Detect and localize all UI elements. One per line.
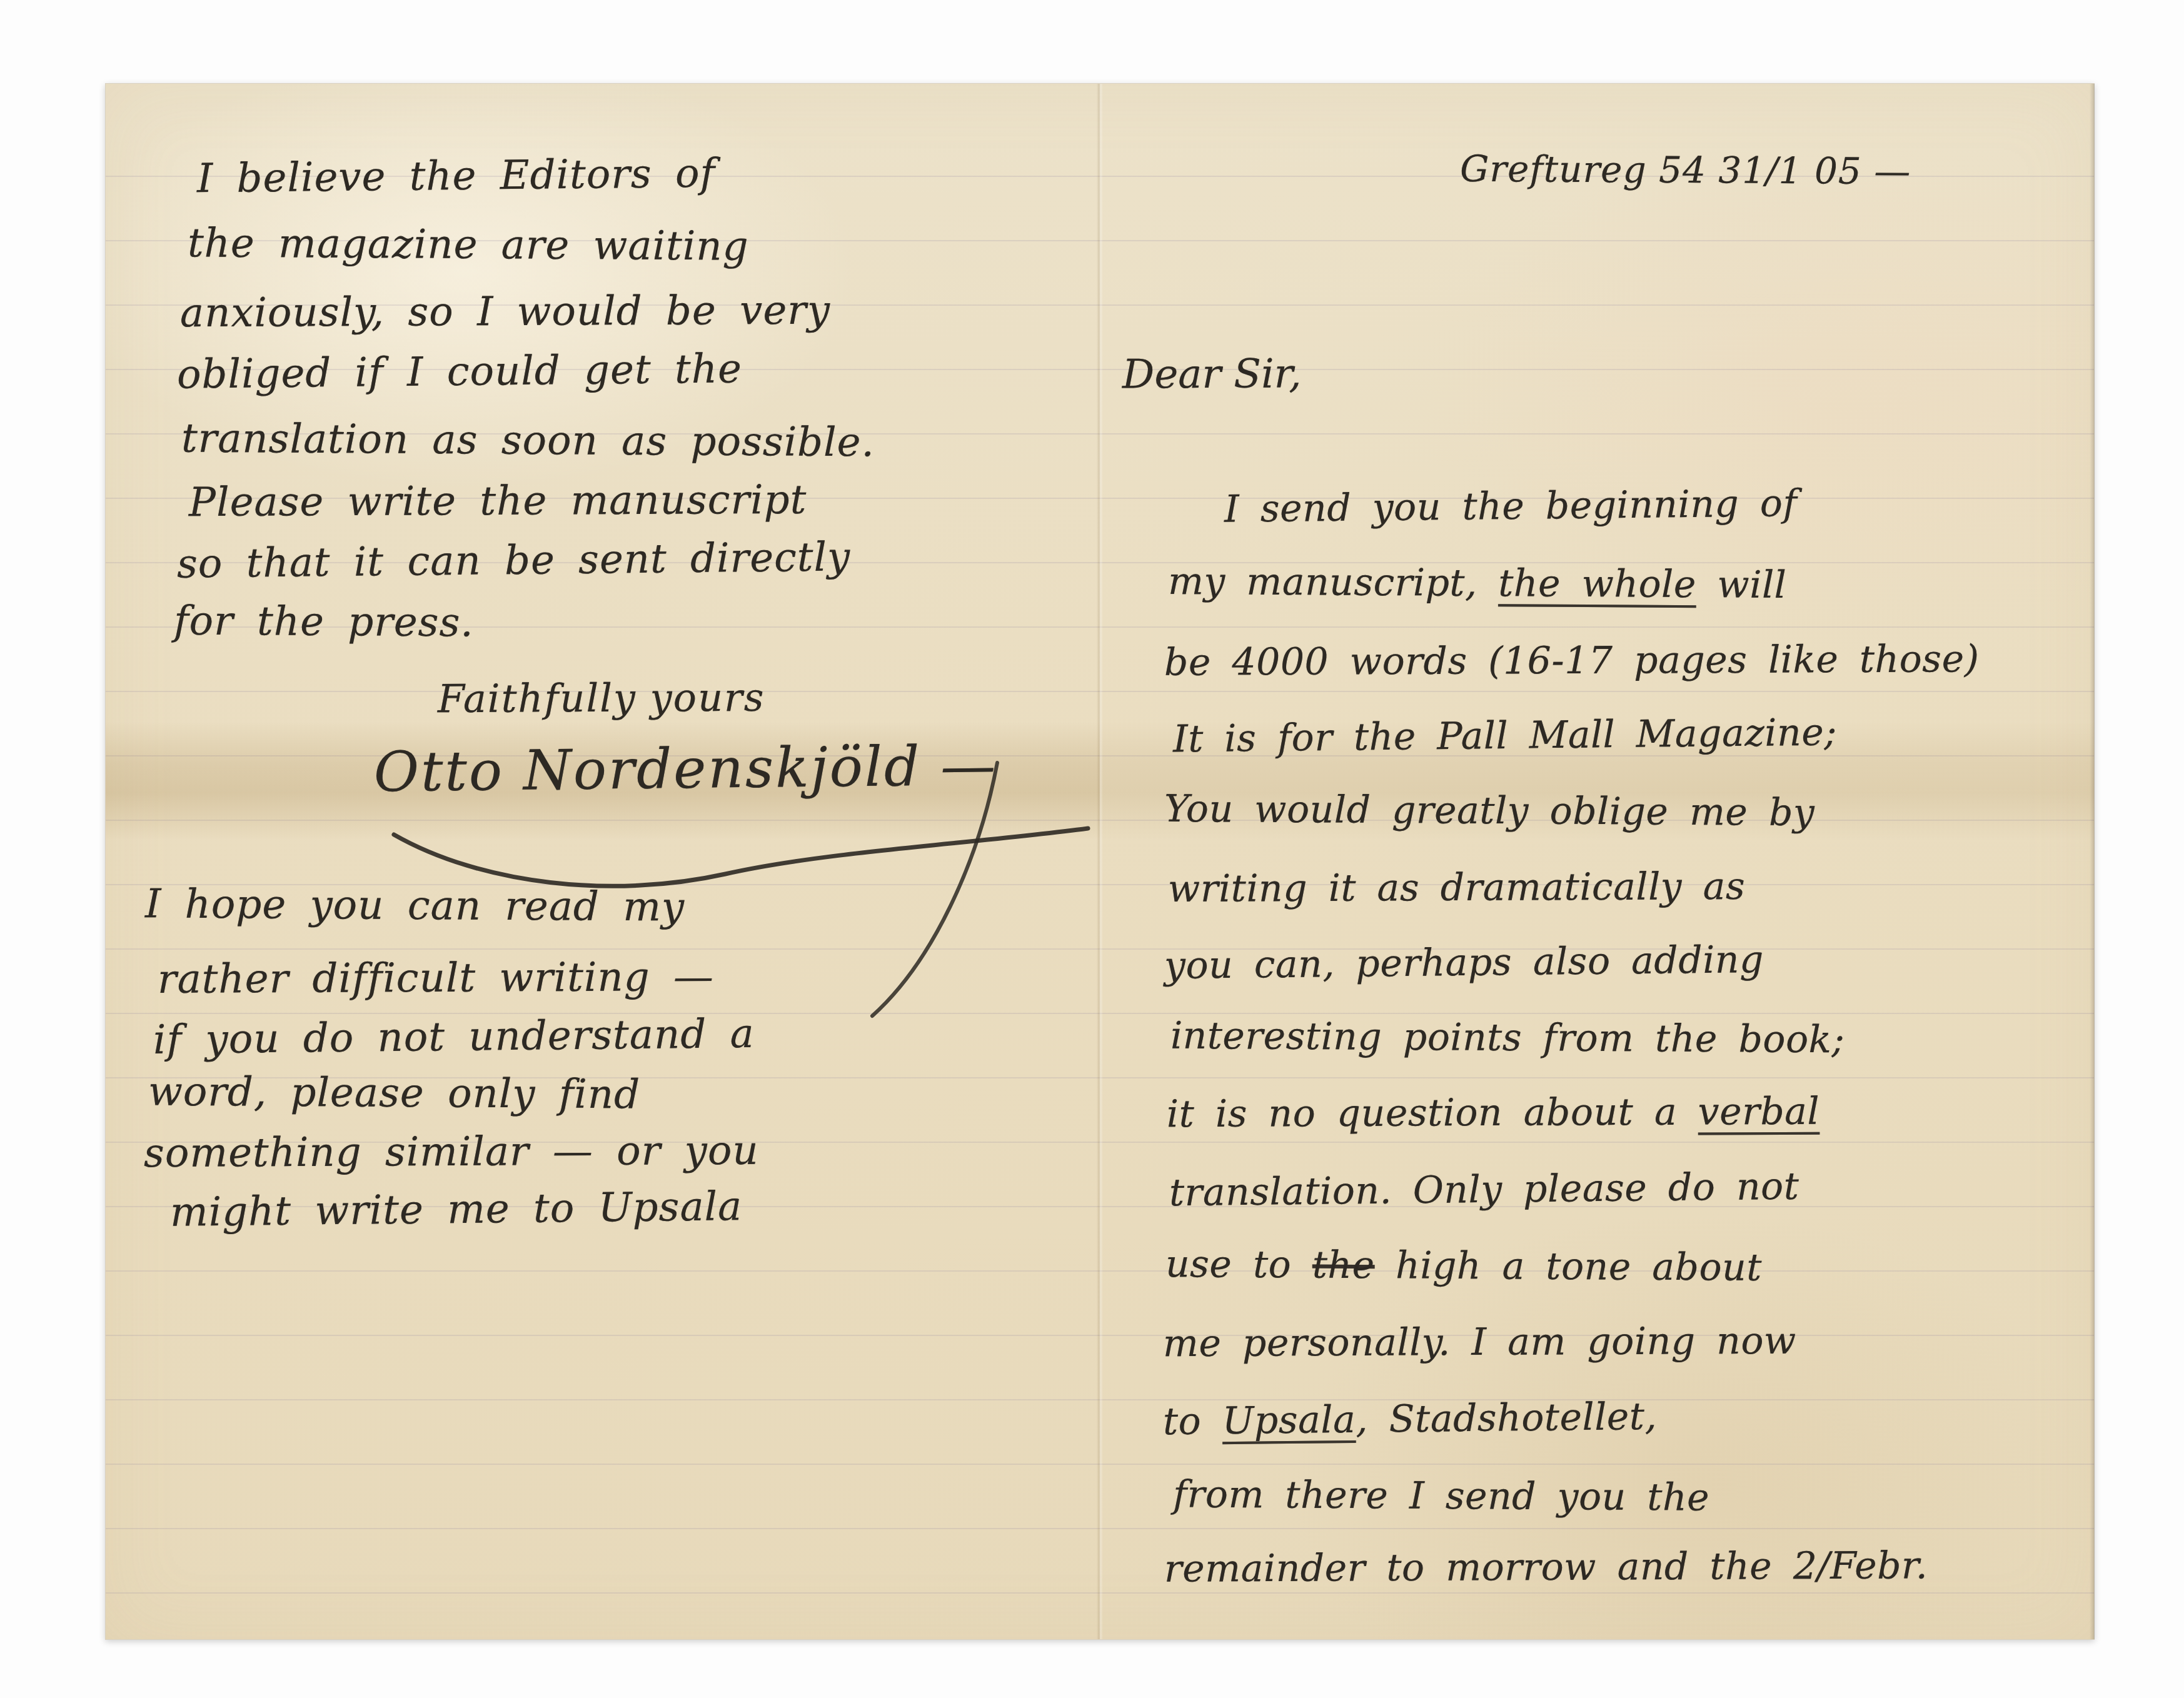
postscript-line: I hope you can read my bbox=[145, 881, 685, 930]
postscript-line: something similar — or you bbox=[144, 1128, 759, 1177]
postscript-line: if you do not understand a bbox=[153, 1011, 755, 1063]
letter-line: translation. Only please do not bbox=[1169, 1165, 1799, 1215]
letter-line: me personally. I am going now bbox=[1163, 1319, 1796, 1365]
letter-line: to Upsala, Stadshotellet, bbox=[1163, 1395, 1658, 1444]
line-segment: my manuscript, bbox=[1168, 560, 1499, 605]
underlined-phrase: Upsala bbox=[1222, 1398, 1356, 1443]
letter-line: for the press. bbox=[174, 598, 474, 646]
line-segment: , Stadshotellet, bbox=[1356, 1395, 1658, 1442]
letter-line: anxiously, so I would be very bbox=[180, 288, 830, 337]
postscript-line: rather difficult writing — bbox=[158, 954, 714, 1003]
paper-right-edge-shadow bbox=[2090, 84, 2095, 1639]
underlined-phrase: verbal bbox=[1698, 1090, 1820, 1134]
letter-line: it is no question about a verbal bbox=[1167, 1090, 1819, 1137]
letter-line: You would greatly oblige me by bbox=[1164, 787, 1815, 835]
letter-line: I believe the Editors of bbox=[197, 151, 716, 203]
letter-line: from there I send you the bbox=[1173, 1472, 1710, 1519]
postscript-line: word, please only find bbox=[148, 1069, 641, 1118]
letter-line: It is for the Pall Mall Magazine; bbox=[1173, 710, 1838, 761]
letter-line: remainder to morrow and the 2/Febr. bbox=[1164, 1544, 1928, 1590]
letter-line: the magazine are waiting bbox=[188, 220, 749, 269]
letter-line: obliged if I could get the bbox=[177, 346, 743, 398]
letter-line: my manuscript, the whole will bbox=[1168, 560, 1787, 607]
line-segment: it is no question about a bbox=[1167, 1090, 1698, 1137]
line-segment: to bbox=[1163, 1399, 1223, 1444]
line-segment: high a tone about bbox=[1374, 1243, 1762, 1290]
postscript-line: might write me to Upsala bbox=[170, 1183, 743, 1236]
letter-line: so that it can be sent directly bbox=[177, 534, 851, 587]
letter-line: translation as soon as possible. bbox=[181, 416, 875, 466]
letter-scan: { "letter": { "page_right": { "address_d… bbox=[0, 0, 2184, 1698]
struck-out-word: the bbox=[1312, 1243, 1375, 1288]
letter-line: I send you the beginning of bbox=[1224, 481, 1798, 531]
line-segment: use to bbox=[1165, 1242, 1312, 1287]
letter-line: be 4000 words (16-17 pages like those) bbox=[1164, 637, 1980, 685]
letter-line: Please write the manuscript bbox=[189, 477, 807, 526]
line-segment: will bbox=[1696, 563, 1787, 607]
address-date-line: Greftureg 54 31/1 05 — bbox=[1460, 148, 1911, 193]
letter-line: use to the high a tone about bbox=[1165, 1242, 1762, 1290]
salutation: Dear Sir, bbox=[1122, 351, 1302, 398]
letter-line: you can, perhaps also adding bbox=[1164, 938, 1764, 988]
letter-line: interesting points from the book; bbox=[1170, 1014, 1845, 1062]
closing: Faithfully yours bbox=[438, 675, 765, 721]
letter-line: writing it as dramatically as bbox=[1168, 865, 1746, 911]
underlined-phrase: the whole bbox=[1498, 561, 1696, 606]
